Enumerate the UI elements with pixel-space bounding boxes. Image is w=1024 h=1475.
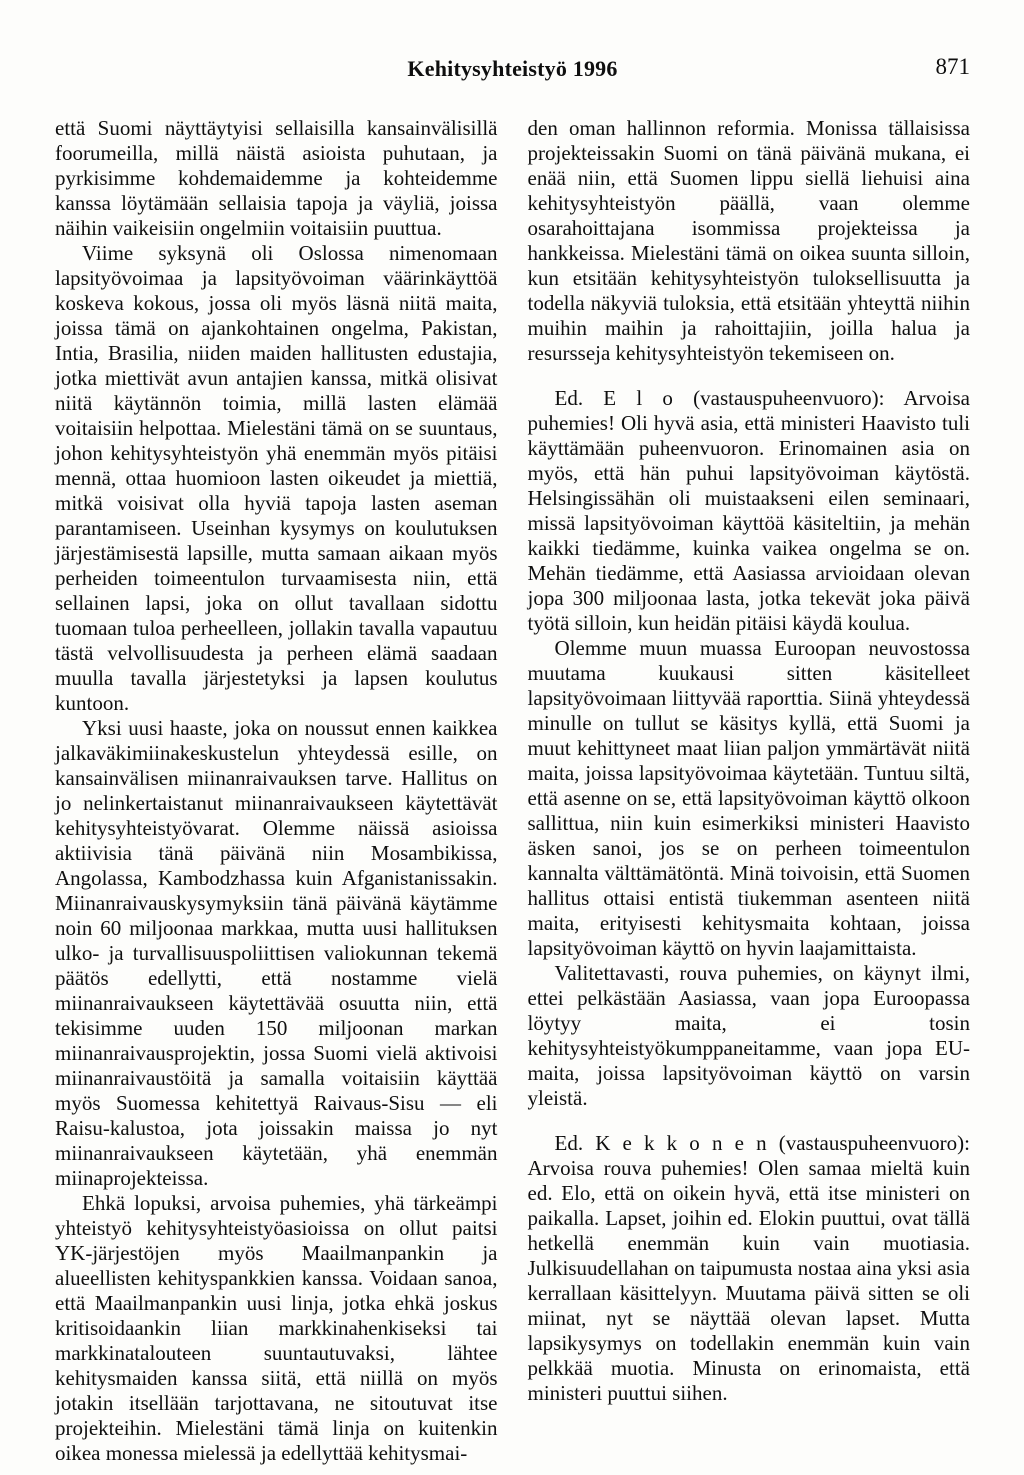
paragraph-continuation: että Suomi näyttäytyisi sellaisilla kans… xyxy=(55,116,498,241)
paragraph: Valitettavasti, rouva puhemies, on käyny… xyxy=(528,961,971,1111)
page-number: 871 xyxy=(936,54,971,80)
two-column-text: että Suomi näyttäytyisi sellaisilla kans… xyxy=(55,116,970,1466)
document-page: Kehitysyhteistyö 1996 871 että Suomi näy… xyxy=(0,0,1024,1475)
page-header: Kehitysyhteistyö 1996 871 xyxy=(55,56,970,92)
paragraph: Ehkä lopuksi, arvoisa puhemies, yhä tärk… xyxy=(55,1191,498,1466)
paragraph: Viime syksynä oli Oslossa nimenomaan lap… xyxy=(55,241,498,716)
right-column: den oman hallinnon reformia. Monissa täl… xyxy=(528,116,971,1466)
page-title: Kehitysyhteistyö 1996 xyxy=(55,56,970,82)
left-column: että Suomi näyttäytyisi sellaisilla kans… xyxy=(55,116,498,1466)
speech-kekkonen-paragraph: Ed. K e k k o n e n (vastauspuheenvuoro)… xyxy=(528,1131,971,1406)
paragraph: Olemme muun muassa Euroopan neuvostossa … xyxy=(528,636,971,961)
speech-elo-paragraph: Ed. E l o (vastauspuheenvuoro): Arvoisa … xyxy=(528,386,971,636)
paragraph-continuation: den oman hallinnon reformia. Monissa täl… xyxy=(528,116,971,366)
paragraph: Yksi uusi haaste, joka on noussut ennen … xyxy=(55,716,498,1191)
